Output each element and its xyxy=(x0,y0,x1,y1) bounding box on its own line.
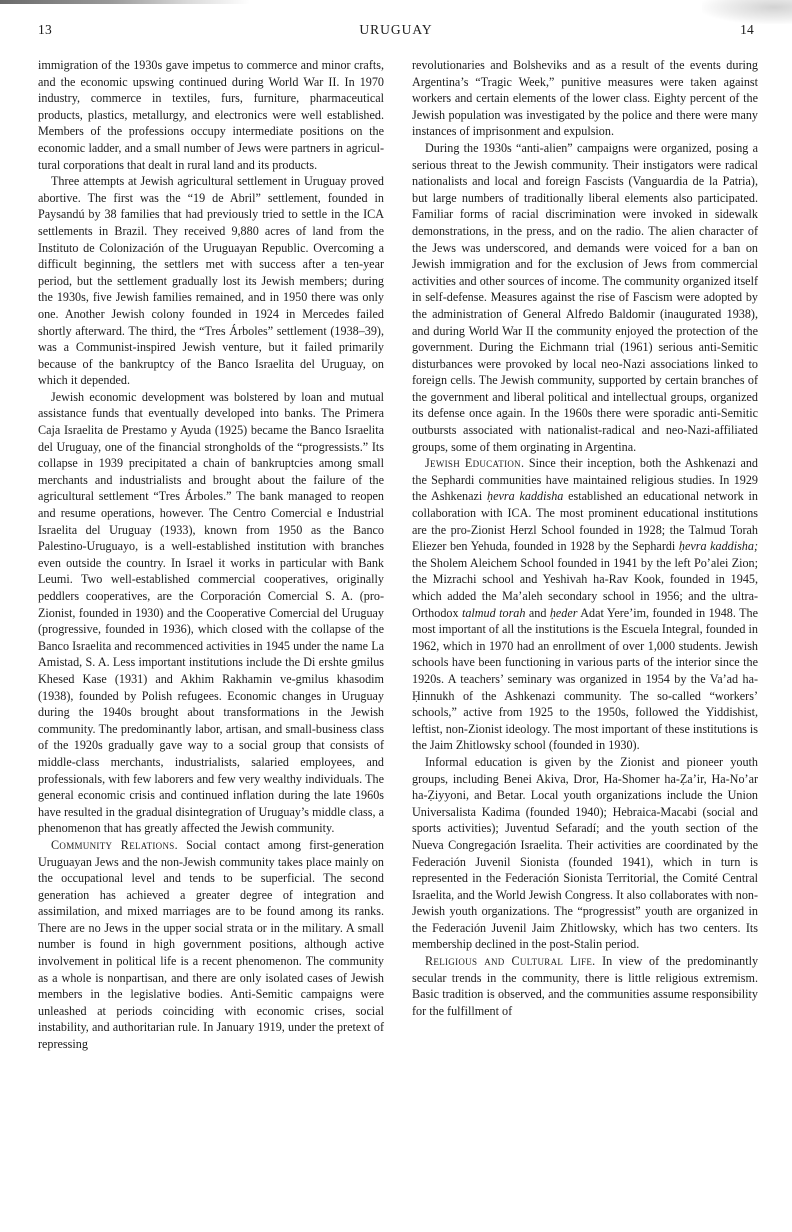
paragraph-text: Social contact among first-gen­eration U… xyxy=(38,838,384,1051)
paragraph: Informal education is given by the Zioni… xyxy=(412,754,758,953)
page-title: URUGUAY xyxy=(38,22,754,38)
section-heading: Jewish Education. xyxy=(425,456,524,470)
section-heading: Religious and Cultural Life. xyxy=(425,954,596,968)
left-column: immigration of the 1930s gave impetus to… xyxy=(38,57,384,1217)
page-number-right: 14 xyxy=(740,22,754,38)
paragraph: During the 1930s “anti-alien” campaigns … xyxy=(412,140,758,455)
scan-edge-shadow xyxy=(0,0,250,4)
section-jewish-education: Jewish Education. Since their inception,… xyxy=(412,455,758,754)
right-column: revolutionaries and Bolsheviks and as a … xyxy=(412,57,758,1217)
section-religious-cultural-life: Religious and Cultural Life. In view of … xyxy=(412,953,758,1019)
scan-edge-smudge xyxy=(702,0,792,24)
italic-term: ḥevra kaddisha; xyxy=(679,539,758,553)
running-head: 13 URUGUAY 14 xyxy=(38,22,754,42)
text-columns: immigration of the 1930s gave impetus to… xyxy=(38,57,758,1217)
italic-term: talmud torah xyxy=(462,606,525,620)
paragraph: revolutionaries and Bolsheviks and as a … xyxy=(412,57,758,140)
paragraph-text: Adat Yere’im, founded in 1948. The most … xyxy=(412,606,758,753)
italic-term: ḥevra kaddisha xyxy=(487,489,563,503)
italic-term: ḥeder xyxy=(550,606,578,620)
section-heading: Community Relations. xyxy=(51,838,178,852)
paragraph: Three attempts at Jewish agricultural se… xyxy=(38,173,384,389)
paragraph: immigration of the 1930s gave impetus to… xyxy=(38,57,384,173)
section-community-relations: Community Relations. Social contact amon… xyxy=(38,837,384,1053)
paragraph: Jewish economic development was bolstere… xyxy=(38,389,384,837)
paragraph-text: and xyxy=(525,606,549,620)
